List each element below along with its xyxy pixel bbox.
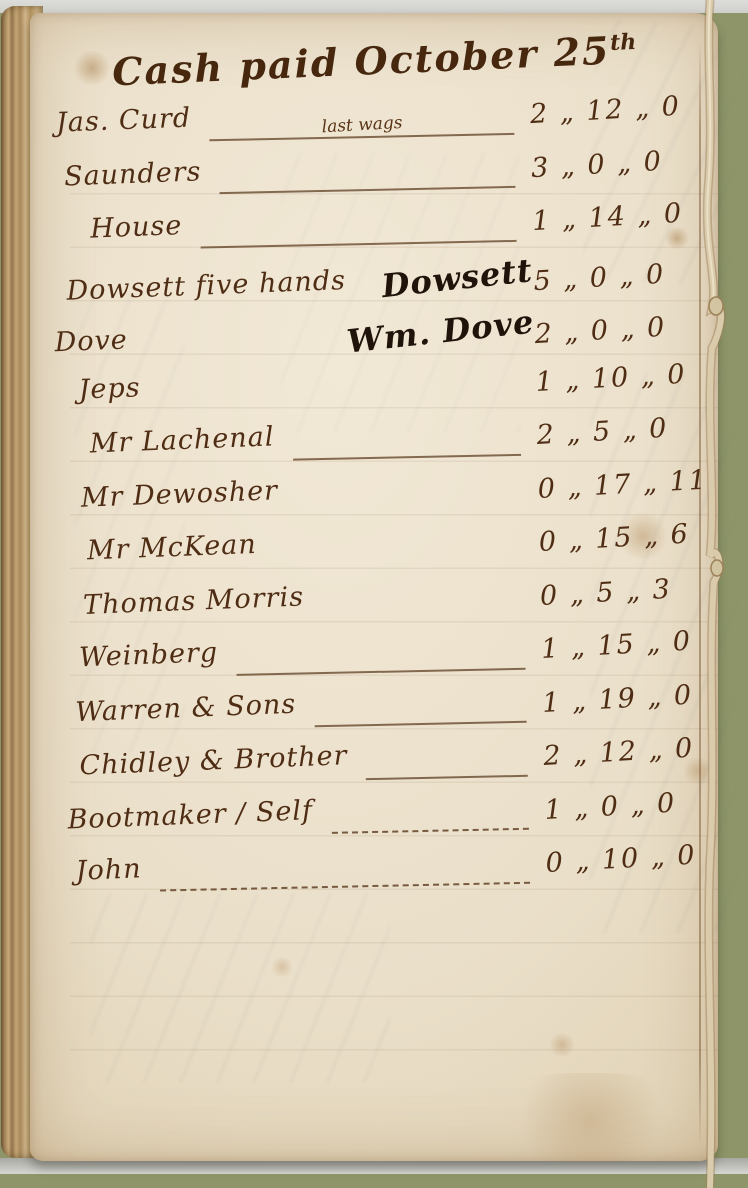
amount: 0 „ 10 „ 0: [545, 840, 693, 879]
rule-line: [293, 453, 521, 460]
payee-name: Bootmaker / Self: [67, 795, 314, 835]
rule-line: [331, 828, 528, 834]
foxing-stain: [548, 1033, 576, 1057]
amount: 5 „ 0 „ 0: [533, 257, 681, 296]
payee-name: Mr Lachenal: [89, 421, 275, 459]
amount: 2 „ 0 „ 0: [534, 311, 682, 350]
rule-line: [160, 881, 530, 891]
payee-name: Thomas Morris: [83, 581, 305, 620]
amount: 1 „ 0 „ 0: [544, 786, 692, 825]
rule-line: [366, 774, 528, 779]
payee-name: Jeps: [78, 372, 141, 405]
payee-name: Dowsett five hands: [66, 265, 347, 307]
rule-line: [201, 239, 517, 248]
scanner-background-top: [0, 0, 748, 13]
amount: 0 „ 5 „ 3: [539, 572, 687, 611]
amount: 1 „ 15 „ 0: [540, 626, 688, 665]
payee-name: Weinberg: [79, 637, 219, 673]
rule-line: [297, 509, 523, 514]
ledger-rows: Jas. Curd last wags 2 „ 12 „ 0 Saunders …: [50, 94, 693, 909]
payee-name: Mr Dewosher: [80, 475, 278, 514]
payee-name: Saunders: [64, 156, 202, 192]
payee-name: Jas. Curd: [55, 103, 191, 139]
foxing-stain: [270, 957, 294, 977]
amount: 0 „ 15 „ 6: [538, 519, 686, 558]
rule-line: [315, 721, 527, 727]
payee-name: Mr McKean: [86, 529, 257, 566]
date-ordinal-superscript: th: [609, 29, 636, 56]
payee-name: Dove: [54, 324, 128, 358]
rule-line: [220, 186, 516, 194]
rule-line: last wags: [210, 132, 515, 140]
note-text: last wags: [321, 112, 403, 136]
payee-name: Warren & Sons: [75, 688, 297, 727]
amount: 0 „ 17 „ 11: [537, 465, 685, 504]
amount: 2 „ 12 „ 0: [529, 91, 677, 130]
bleed-through-writing: [90, 893, 390, 1083]
payee-name: John: [75, 853, 142, 887]
rule-line: [237, 667, 526, 675]
amount: 1 „ 19 „ 0: [541, 679, 689, 718]
foxing-stain: [500, 1073, 680, 1163]
amount: 1 „ 14 „ 0: [531, 198, 679, 237]
foxing-stain: [72, 51, 112, 85]
payee-name: Chidley & Brother: [79, 740, 348, 781]
rule-line: [275, 562, 523, 567]
binding-thread: [686, 0, 740, 1188]
amount: 2 „ 12 „ 0: [543, 733, 691, 772]
rule-line: [146, 352, 331, 356]
rule-line: [322, 616, 524, 620]
payee-name: House: [90, 210, 183, 245]
rule-line: [159, 402, 520, 410]
amount: 3 „ 0 „ 0: [530, 144, 678, 183]
ledger-scan: Cash paid October 25th Jas. Curd last wa…: [0, 0, 748, 1188]
amount: 2 „ 5 „ 0: [536, 412, 684, 451]
amount: 1 „ 10 „ 0: [535, 358, 683, 397]
